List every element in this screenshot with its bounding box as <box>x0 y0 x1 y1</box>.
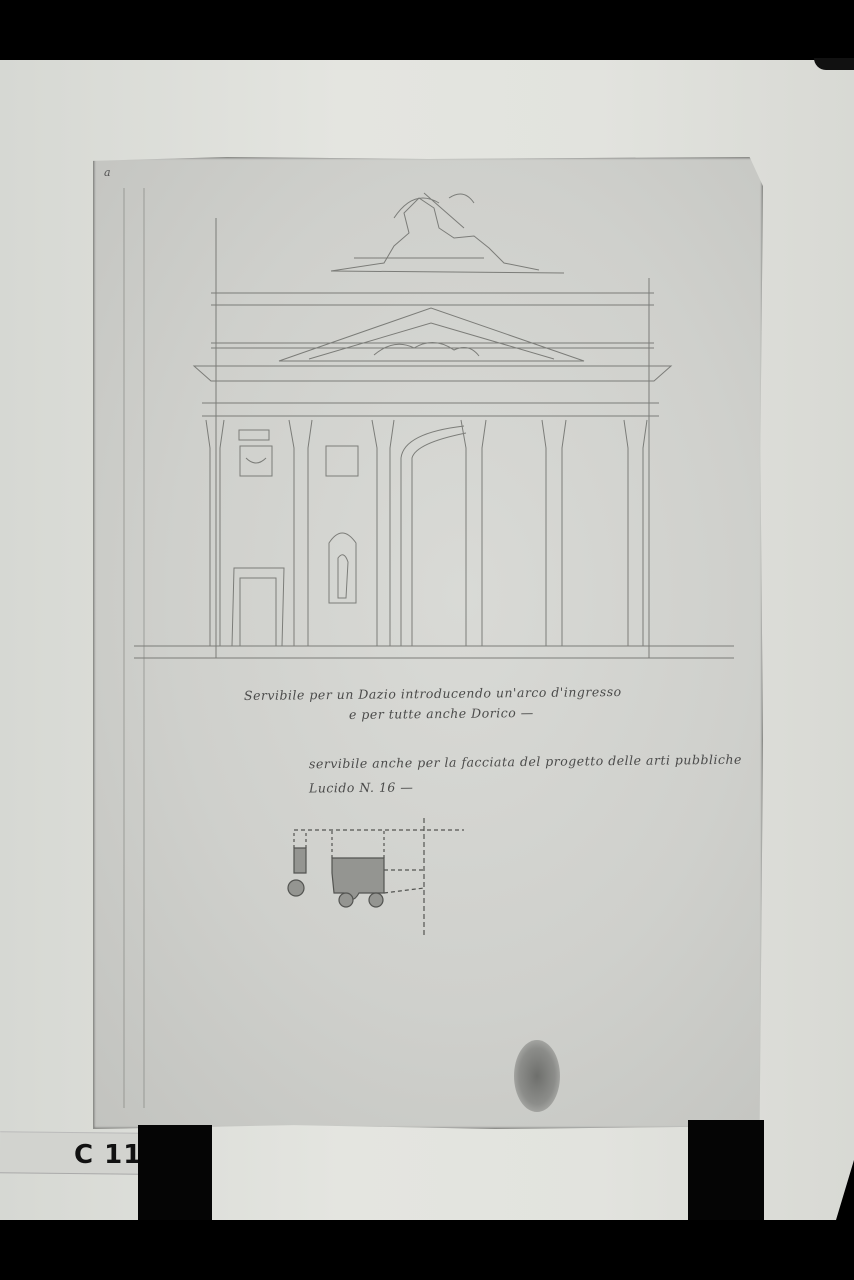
catalog-label: C 11 <box>74 1140 142 1170</box>
drawing-sheet: a <box>93 157 763 1129</box>
left-support-post <box>138 1125 212 1220</box>
clip-shadow <box>814 58 854 70</box>
right-support-post <box>688 1120 764 1220</box>
water-stain <box>514 1040 560 1112</box>
annotation-line-4: Lucido N. 16 — <box>309 779 413 795</box>
annotation-line-2: e per tutte anche Dorico — <box>349 705 534 722</box>
corner-wedge <box>836 1160 854 1220</box>
architectural-elevation-drawing <box>94 158 762 1128</box>
